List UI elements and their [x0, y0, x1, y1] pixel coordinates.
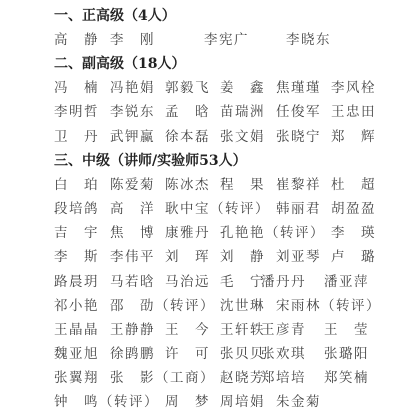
staff-name: 王晶晶: [54, 318, 99, 342]
name-row: 魏亚旭徐鹍鹏许 可张贝贝张欢琪张璐阳: [54, 342, 413, 366]
name-row: 白 珀陈爱菊陈冰杰程 果崔黎祥杜 超: [54, 173, 413, 197]
staff-name: 苗瑞洲: [220, 100, 265, 124]
staff-name: 祁小艳: [54, 294, 99, 318]
staff-name: 路晨玥: [54, 270, 99, 294]
name-row: 高 静李 刚李宪广李晓东: [54, 28, 413, 52]
staff-name: 武钾赢: [110, 125, 155, 149]
staff-name: 郑培培: [261, 366, 306, 390]
name-row: 李 斯李伟平刘 珲刘 静刘亚琴卢 璐: [54, 245, 413, 269]
staff-name: 耿中宝（转评）: [165, 197, 270, 221]
staff-name: 王忠田: [331, 100, 376, 124]
staff-name: 马若晗: [110, 270, 155, 294]
staff-name: 冯艳娟: [110, 76, 155, 100]
staff-name: 钟 鸣（转评）: [54, 390, 159, 414]
staff-name: 高 洋: [110, 197, 155, 221]
staff-name: 张 影（工商）: [110, 366, 215, 390]
staff-name: 李 斯: [54, 245, 99, 269]
staff-name: 康雅丹: [165, 221, 210, 245]
staff-name: 宋雨林（转评）: [276, 294, 381, 318]
staff-name: 张欢琪: [261, 342, 306, 366]
staff-name: 程 果: [220, 173, 265, 197]
staff-name: 王 莹: [324, 318, 369, 342]
staff-name: 朱金菊: [276, 390, 321, 414]
staff-name: 张贝贝: [220, 342, 265, 366]
section-heading: 三、中级（讲师/实验师53人）: [54, 149, 413, 173]
staff-name: 潘丹丹: [261, 270, 306, 294]
staff-name: 李伟平: [110, 245, 155, 269]
staff-name: 吉 宇: [54, 221, 99, 245]
staff-name: 沈世琳: [220, 294, 265, 318]
staff-name: 陈冰杰: [165, 173, 210, 197]
staff-name: 焦瑾瑾: [276, 76, 321, 100]
staff-name: 郭毅飞: [165, 76, 210, 100]
staff-name: 李宪广: [204, 28, 249, 52]
staff-title-list: 一、正高级（4人）高 静李 刚李宪广李晓东二、副高级（18人）冯 楠冯艳娟郭毅飞…: [54, 4, 413, 415]
staff-name: 李 瑛: [331, 221, 376, 245]
staff-name: 李锐东: [110, 100, 155, 124]
staff-name: 孟 晗: [165, 100, 210, 124]
staff-name: 张晓宁: [276, 125, 321, 149]
staff-name: 李风栓: [331, 76, 376, 100]
staff-name: 邵 劭（转评）: [110, 294, 215, 318]
staff-name: 张璐阳: [324, 342, 369, 366]
staff-name: 郑笑楠: [324, 366, 369, 390]
section-heading: 一、正高级（4人）: [54, 4, 413, 28]
staff-name: 卢 璐: [331, 245, 376, 269]
staff-name: 徐鹍鹏: [110, 342, 155, 366]
staff-name: 许 可: [165, 342, 210, 366]
staff-name: 冯 楠: [54, 76, 99, 100]
staff-name: 徐本磊: [165, 125, 210, 149]
staff-name: 李 刚: [110, 28, 155, 52]
staff-name: 卫 丹: [54, 125, 99, 149]
staff-name: 焦 博: [110, 221, 155, 245]
staff-name: 毛 宁: [220, 270, 265, 294]
staff-name: 孔艳艳（转评）: [220, 221, 325, 245]
staff-name: 赵晓芳: [220, 366, 265, 390]
staff-name: 陈爱菊: [110, 173, 155, 197]
staff-name: 刘 珲: [165, 245, 210, 269]
name-row: 李明哲李锐东孟 晗苗瑞洲任俊军王忠田: [54, 100, 413, 124]
staff-name: 张文娟: [220, 125, 265, 149]
staff-name: 周 梦: [165, 390, 210, 414]
staff-name: 李晓东: [286, 28, 331, 52]
staff-name: 李明哲: [54, 100, 99, 124]
staff-name: 白 珀: [54, 173, 99, 197]
staff-name: 刘亚琴: [276, 245, 321, 269]
staff-name: 周培娟: [220, 390, 265, 414]
staff-name: 王静静: [110, 318, 155, 342]
staff-name: 段培鸽: [54, 197, 99, 221]
staff-name: 魏亚旭: [54, 342, 99, 366]
staff-name: 韩丽君: [276, 197, 321, 221]
staff-name: 崔黎祥: [276, 173, 321, 197]
name-row: 张翼翔张 影（工商）赵晓芳郑培培郑笑楠: [54, 366, 413, 390]
staff-name: 张翼翔: [54, 366, 99, 390]
name-row: 王晶晶王静静王 今王轩轶王彦青王 莹: [54, 318, 413, 342]
staff-name: 任俊军: [276, 100, 321, 124]
name-row: 段培鸽高 洋耿中宝（转评）韩丽君胡盈盈: [54, 197, 413, 221]
staff-name: 胡盈盈: [331, 197, 376, 221]
staff-name: 潘亚萍: [324, 270, 369, 294]
section-heading: 二、副高级（18人）: [54, 52, 413, 76]
staff-name: 王轩轶: [220, 318, 265, 342]
name-row: 祁小艳邵 劭（转评）沈世琳宋雨林（转评）: [54, 294, 413, 318]
name-row: 冯 楠冯艳娟郭毅飞姜 鑫焦瑾瑾李风栓: [54, 76, 413, 100]
name-row: 吉 宇焦 博康雅丹孔艳艳（转评）李 瑛: [54, 221, 413, 245]
staff-name: 姜 鑫: [220, 76, 265, 100]
name-row: 钟 鸣（转评）周 梦周培娟朱金菊: [54, 390, 413, 414]
staff-name: 王 今: [165, 318, 210, 342]
staff-name: 马治远: [165, 270, 210, 294]
staff-name: 高 静: [54, 28, 99, 52]
staff-name: 郑 辉: [331, 125, 376, 149]
staff-name: 杜 超: [331, 173, 376, 197]
staff-name: 刘 静: [220, 245, 265, 269]
name-row: 卫 丹武钾赢徐本磊张文娟张晓宁郑 辉: [54, 125, 413, 149]
staff-name: 王彦青: [261, 318, 306, 342]
name-row: 路晨玥马若晗马治远毛 宁潘丹丹潘亚萍: [54, 270, 413, 294]
